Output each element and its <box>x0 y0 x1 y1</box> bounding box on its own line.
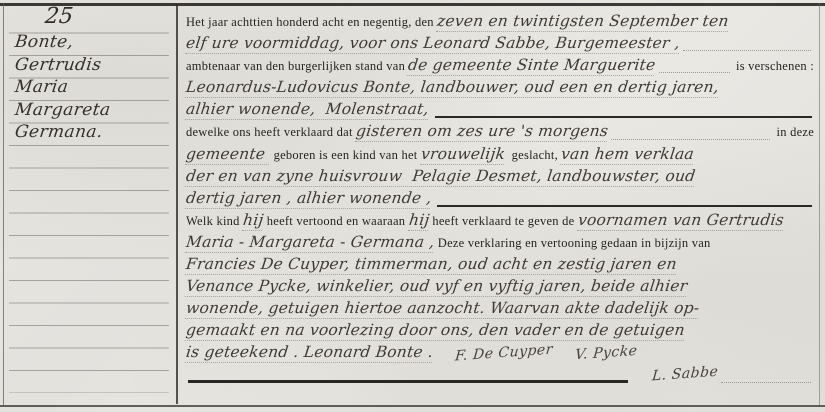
act-line: is geteekend . Leonard Bonte .F. De Cuyp… <box>186 343 814 365</box>
margin-column: 25 Bonte, GertrudisMariaMargaretaGermana… <box>5 0 175 410</box>
printed-form-text: Het jaar achttien honderd acht en negent… <box>186 15 437 30</box>
handwritten-entry: voornamen van Gertrudis <box>577 211 785 231</box>
act-line: ambtenaar van den burgerlijken stand van… <box>186 56 814 78</box>
child-surname: Bonte, <box>14 31 167 54</box>
handwritten-entry: wonende, getuigen hiertoe aanzocht. Waar… <box>185 299 701 319</box>
printed-form-text: Welk kind <box>186 214 243 229</box>
handwritten-entry: alhier wonende, Molenstraat, <box>185 100 430 120</box>
handwritten-entry: vrouwelijk <box>420 145 507 165</box>
handwritten-entry: hij <box>407 211 430 231</box>
right-border-rule <box>819 3 820 405</box>
act-line: dewelke ons heeft verklaard dat gisteren… <box>186 122 814 144</box>
act-line: gemaakt en na voorlezing door ons, den v… <box>186 321 814 343</box>
printed-form-text: heeft verklaard te geven de <box>429 214 578 229</box>
handwritten-entry: elf ure voormiddag, voor ons Leonard Sab… <box>185 34 681 54</box>
printed-form-text: heeft vertoond en waaraan <box>263 214 408 229</box>
handwritten-entry: Maria - Margareta - Germana , <box>185 233 436 253</box>
act-line: dertig jaren , alhier wonende , <box>186 189 814 211</box>
act-number: 25 <box>44 4 107 29</box>
dotted-fill-rule <box>659 72 730 73</box>
act-line: Venance Pycke, winkelier, oud vyf en vyf… <box>186 277 814 299</box>
printed-form-text: geslacht, <box>505 148 561 163</box>
handwritten-entry: Venance Pycke, winkelier, oud vyf en vyf… <box>185 277 689 297</box>
handwritten-entry: Leonardus-Ludovicus Bonte, landbouwer, o… <box>185 78 720 98</box>
signature: L. Sabbe <box>651 363 719 384</box>
handwritten-entry: de gemeente Sinte Marguerite <box>407 56 657 76</box>
act-line: Francies De Cuyper, timmerman, oud acht … <box>186 255 814 277</box>
handwritten-entry: zeven en twintigsten September ten <box>436 12 730 32</box>
left-border-rule <box>3 3 4 405</box>
handwritten-entry: van hem verklaa <box>560 145 695 165</box>
act-line: alhier wonende, Molenstraat, <box>186 100 814 122</box>
signature: V. Pycke <box>574 343 638 363</box>
handwritten-entry: gemaakt en na voorlezing door ons, den v… <box>185 321 686 341</box>
dotted-fill-rule <box>721 382 811 383</box>
child-given-name: Maria <box>14 76 167 99</box>
handwritten-entry: der en van zyne huisvrouw Pelagie Desmet… <box>185 167 697 187</box>
printed-form-text: geboren is een kind van het <box>270 148 421 163</box>
act-line: Het jaar achttien honderd acht en negent… <box>186 12 814 34</box>
printed-form-text: is verschenen : <box>733 59 814 74</box>
handwritten-entry: gisteren om zes ure 's morgens <box>355 122 609 142</box>
margin-divider-rule <box>176 4 178 404</box>
act-line: Leonardus-Ludovicus Bonte, landbouwer, o… <box>186 78 814 100</box>
ink-rule <box>188 380 628 383</box>
handwritten-entry: dertig jaren , alhier wonende , <box>185 189 433 209</box>
act-line: Maria - Margareta - Germana , Deze verkl… <box>186 233 814 255</box>
printed-form-text: Deze verklaring en vertooning gedaan in … <box>434 236 710 251</box>
child-given-name: Germana. <box>14 121 167 144</box>
printed-form-text: dewelke ons heeft verklaard dat <box>186 125 356 140</box>
dotted-fill-rule <box>683 50 811 51</box>
register-page: 25 Bonte, GertrudisMariaMargaretaGermana… <box>0 0 825 412</box>
act-body: Het jaar achttien honderd acht en negent… <box>186 12 814 388</box>
handwritten-entry: is geteekend . Leonard Bonte . <box>185 343 434 363</box>
act-line: der en van zyne huisvrouw Pelagie Desmet… <box>186 167 814 189</box>
handwritten-entry: hij <box>242 211 265 231</box>
ink-rule <box>435 116 812 118</box>
act-line: wonende, getuigen hiertoe aanzocht. Waar… <box>186 299 814 321</box>
handwritten-entry: Francies De Cuyper, timmerman, oud acht … <box>185 255 678 275</box>
handwritten-entry: gemeente <box>185 145 272 165</box>
ink-rule <box>437 205 812 207</box>
act-line: gemeente geboren is een kind van het vro… <box>186 145 814 167</box>
printed-form-text: ambtenaar van den burgerlijken stand van <box>186 59 408 74</box>
dotted-fill-rule <box>611 139 770 140</box>
act-line: L. Sabbe <box>186 366 814 388</box>
child-given-name: Gertrudis <box>14 54 167 77</box>
child-given-name: Margareta <box>14 99 167 122</box>
printed-form-text: in deze <box>773 125 814 140</box>
child-name-block: Bonte, GertrudisMariaMargaretaGermana. <box>15 31 165 144</box>
act-line: elf ure voormiddag, voor ons Leonard Sab… <box>186 34 814 56</box>
act-line: Welk kind hij heeft vertoond en waaraan … <box>186 211 814 233</box>
signature: F. De Cuyper <box>454 342 553 365</box>
